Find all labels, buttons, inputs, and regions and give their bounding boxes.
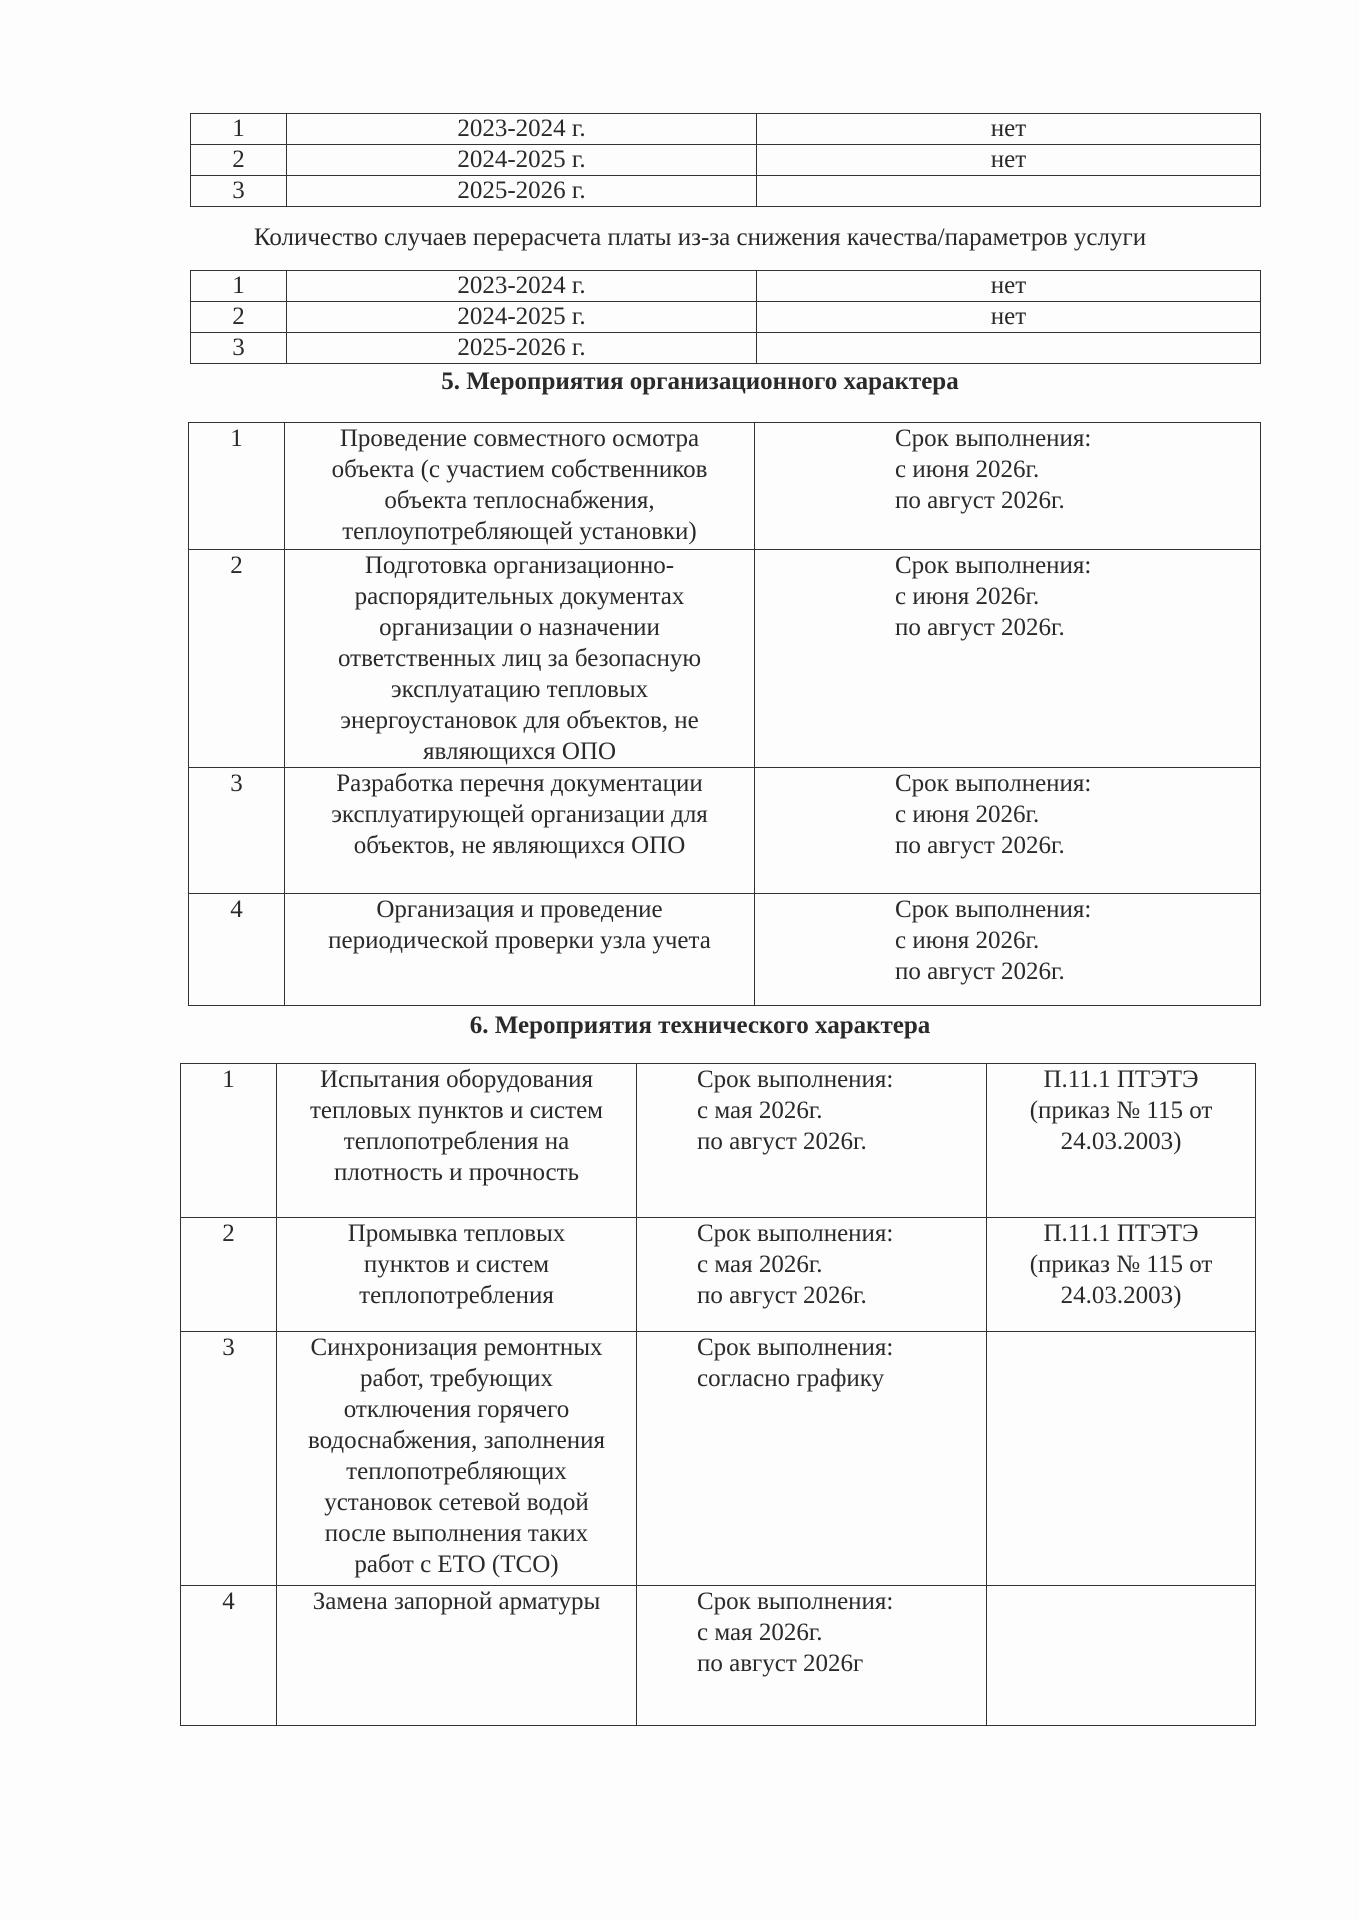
section5-heading: 5. Мероприятия организационного характер… (150, 368, 1250, 396)
table-row: 1 2023-2024 г. нет (191, 114, 1261, 145)
basis-cell (987, 1586, 1256, 1726)
term-cell: Срок выполнения: с июня 2026г. по август… (755, 768, 1261, 894)
activity-cell: Испытания оборудования тепловых пунктов … (277, 1064, 637, 1218)
table-row: 3 Синхронизация ремонтных работ, требующ… (181, 1332, 1256, 1586)
table-row: 4 Замена запорной арматуры Срок выполнен… (181, 1586, 1256, 1726)
term-cell: Срок выполнения: с мая 2026г. по август … (637, 1586, 987, 1726)
table-row: 4 Организация и проведение периодической… (189, 894, 1261, 1006)
table-row: 3 2025-2026 г. (191, 176, 1261, 207)
basis-cell: П.11.1 ПТЭТЭ (приказ № 115 от 24.03.2003… (987, 1218, 1256, 1332)
table-b-caption: Количество случаев перерасчета платы из-… (150, 224, 1250, 252)
row-number: 3 (189, 768, 285, 894)
term-cell: Срок выполнения: с июня 2026г. по август… (755, 550, 1261, 768)
table-a: 1 2023-2024 г. нет 2 2024-2025 г. нет 3 … (190, 113, 1261, 207)
period-cell: 2025-2026 г. (287, 176, 757, 207)
activity-cell: Разработка перечня документации эксплуат… (285, 768, 755, 894)
term-cell: Срок выполнения: с мая 2026г. по август … (637, 1218, 987, 1332)
section6-table: 1 Испытания оборудования тепловых пункто… (180, 1063, 1256, 1726)
basis-cell: П.11.1 ПТЭТЭ (приказ № 115 от 24.03.2003… (987, 1064, 1256, 1218)
basis-cell (987, 1332, 1256, 1586)
row-number: 3 (181, 1332, 277, 1586)
section6-heading: 6. Мероприятия технического характера (150, 1012, 1250, 1040)
term-cell: Срок выполнения: с июня 2026г. по август… (755, 423, 1261, 550)
value-cell: нет (757, 145, 1261, 176)
table-row: 1 Испытания оборудования тепловых пункто… (181, 1064, 1256, 1218)
row-number: 2 (191, 145, 287, 176)
table-row: 1 2023-2024 г. нет (191, 271, 1261, 302)
activity-cell: Синхронизация ремонтных работ, требующих… (277, 1332, 637, 1586)
table-row: 3 Разработка перечня документации эксплу… (189, 768, 1261, 894)
row-number: 2 (181, 1218, 277, 1332)
row-number: 2 (189, 550, 285, 768)
term-cell: Срок выполнения: с июня 2026г. по август… (755, 894, 1261, 1006)
row-number: 2 (191, 302, 287, 333)
row-number: 3 (191, 333, 287, 364)
term-cell: Срок выполнения: с мая 2026г. по август … (637, 1064, 987, 1218)
row-number: 3 (191, 176, 287, 207)
activity-cell: Организация и проведение периодической п… (285, 894, 755, 1006)
period-cell: 2024-2025 г. (287, 145, 757, 176)
table-b: 1 2023-2024 г. нет 2 2024-2025 г. нет 3 … (190, 270, 1261, 364)
value-cell (757, 333, 1261, 364)
value-cell: нет (757, 114, 1261, 145)
row-number: 1 (189, 423, 285, 550)
row-number: 4 (189, 894, 285, 1006)
activity-cell: Проведение совместного осмотра объекта (… (285, 423, 755, 550)
period-cell: 2024-2025 г. (287, 302, 757, 333)
table-row: 2 2024-2025 г. нет (191, 302, 1261, 333)
table-row: 3 2025-2026 г. (191, 333, 1261, 364)
period-cell: 2023-2024 г. (287, 271, 757, 302)
value-cell: нет (757, 271, 1261, 302)
document-page: 1 2023-2024 г. нет 2 2024-2025 г. нет 3 … (0, 0, 1359, 1920)
table-row: 2 Подготовка организационно- распорядите… (189, 550, 1261, 768)
value-cell: нет (757, 302, 1261, 333)
activity-cell: Замена запорной арматуры (277, 1586, 637, 1726)
term-cell: Срок выполнения: согласно графику (637, 1332, 987, 1586)
row-number: 1 (191, 114, 287, 145)
table-row: 2 2024-2025 г. нет (191, 145, 1261, 176)
period-cell: 2025-2026 г. (287, 333, 757, 364)
value-cell (757, 176, 1261, 207)
section5-table: 1 Проведение совместного осмотра объекта… (188, 422, 1261, 1006)
activity-cell: Подготовка организационно- распорядитель… (285, 550, 755, 768)
row-number: 1 (191, 271, 287, 302)
row-number: 4 (181, 1586, 277, 1726)
period-cell: 2023-2024 г. (287, 114, 757, 145)
table-row: 2 Промывка тепловых пунктов и систем теп… (181, 1218, 1256, 1332)
table-row: 1 Проведение совместного осмотра объекта… (189, 423, 1261, 550)
activity-cell: Промывка тепловых пунктов и систем тепло… (277, 1218, 637, 1332)
row-number: 1 (181, 1064, 277, 1218)
